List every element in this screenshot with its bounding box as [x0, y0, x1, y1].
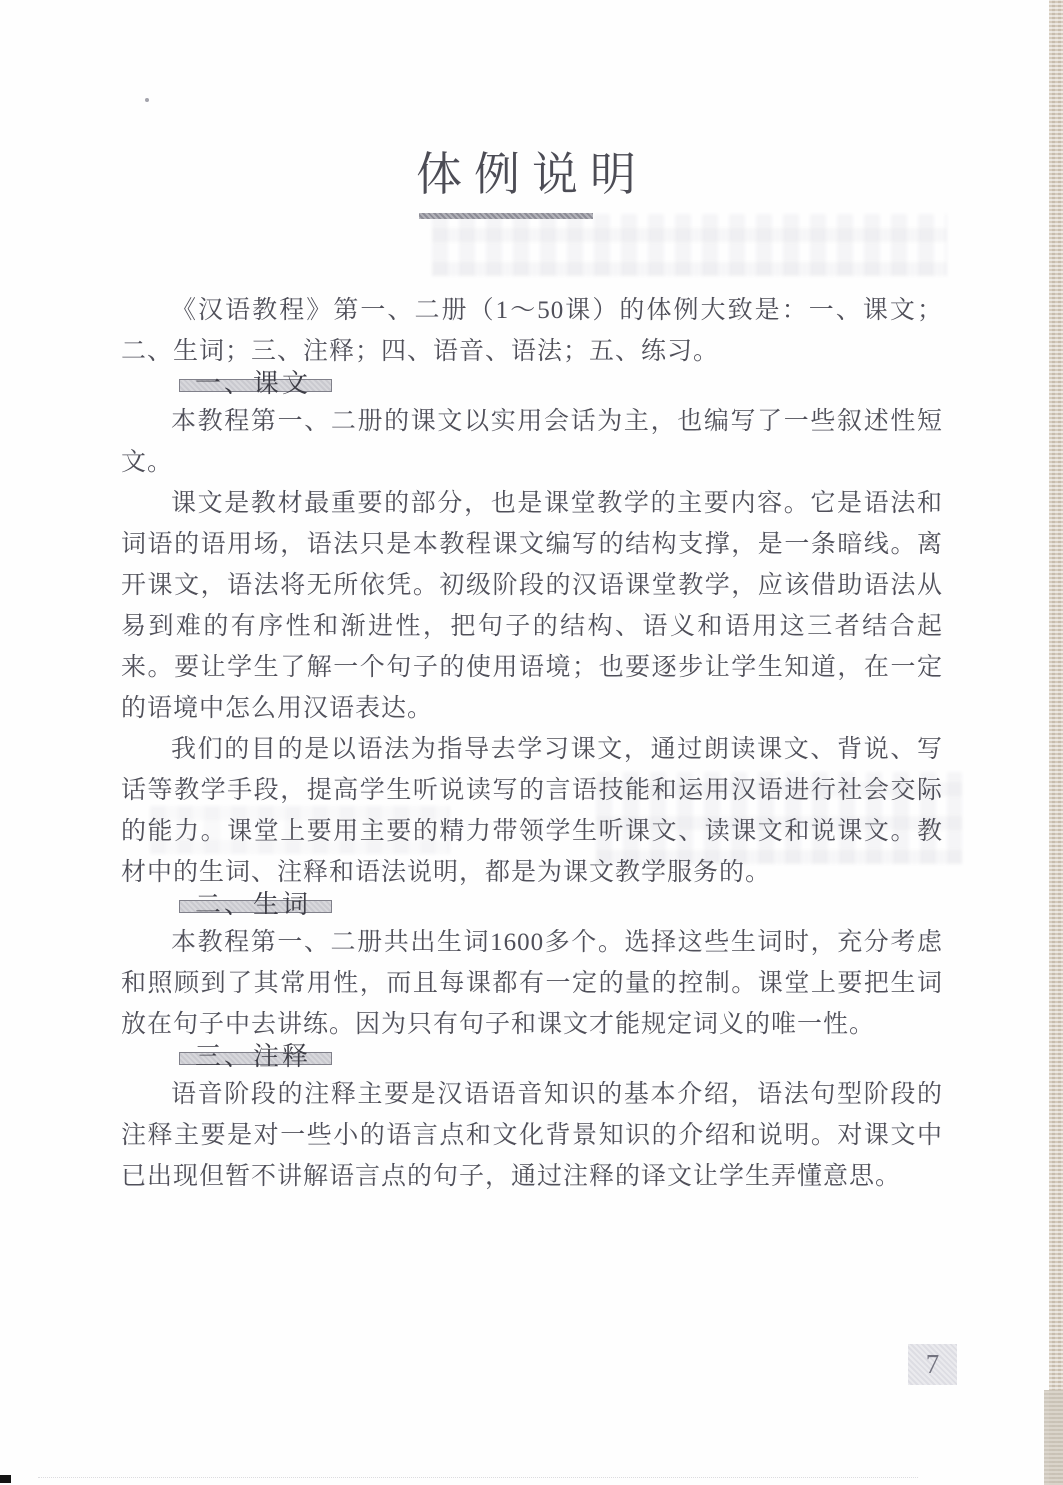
title-underline: [419, 213, 593, 219]
page-title: 体例说明: [121, 138, 943, 204]
section-paragraph: 语音阶段的注释主要是汉语语音知识的基本介绍，语法句型阶段的注释主要是对一些小的语…: [121, 1074, 943, 1197]
section-paragraph: 我们的目的是以语法为指导去学习课文，通过朗读课文、背说、写话等教学手段，提高学生…: [121, 729, 943, 893]
text-column: 体例说明 《汉语教程》第一、二册（1～50课）的体例大致是：一、课文；二、生词；…: [121, 0, 943, 1197]
section-paragraph: 课文是教材最重要的部分，也是课堂教学的主要内容。它是语法和词语的语用场，语法只是…: [121, 483, 943, 729]
book-edge-strip-foot: [1044, 1390, 1063, 1485]
scanned-book-page: 体例说明 《汉语教程》第一、二册（1～50课）的体例大致是：一、课文；二、生词；…: [0, 0, 1063, 1485]
scan-bottom-line: [38, 1477, 918, 1478]
section-paragraph: 本教程第一、二册共出生词1600多个。选择这些生词时，充分考虑和照顾到了其常用性…: [121, 922, 943, 1045]
section-heading-shengci: 二、生词: [179, 900, 332, 913]
book-edge-strip: [1049, 0, 1063, 1485]
section-heading-zhushi: 三、注释: [179, 1052, 332, 1065]
page-number-badge: 7: [908, 1344, 957, 1385]
section-paragraph: 本教程第一、二册的课文以实用会话为主，也编写了一些叙述性短文。: [121, 401, 943, 483]
intro-paragraph: 《汉语教程》第一、二册（1～50课）的体例大致是：一、课文；二、生词；三、注释；…: [121, 290, 943, 372]
section-heading-kewen: 一、课文: [179, 379, 332, 392]
scan-corner-mark: [0, 1475, 11, 1483]
page-number: 7: [926, 1349, 940, 1380]
